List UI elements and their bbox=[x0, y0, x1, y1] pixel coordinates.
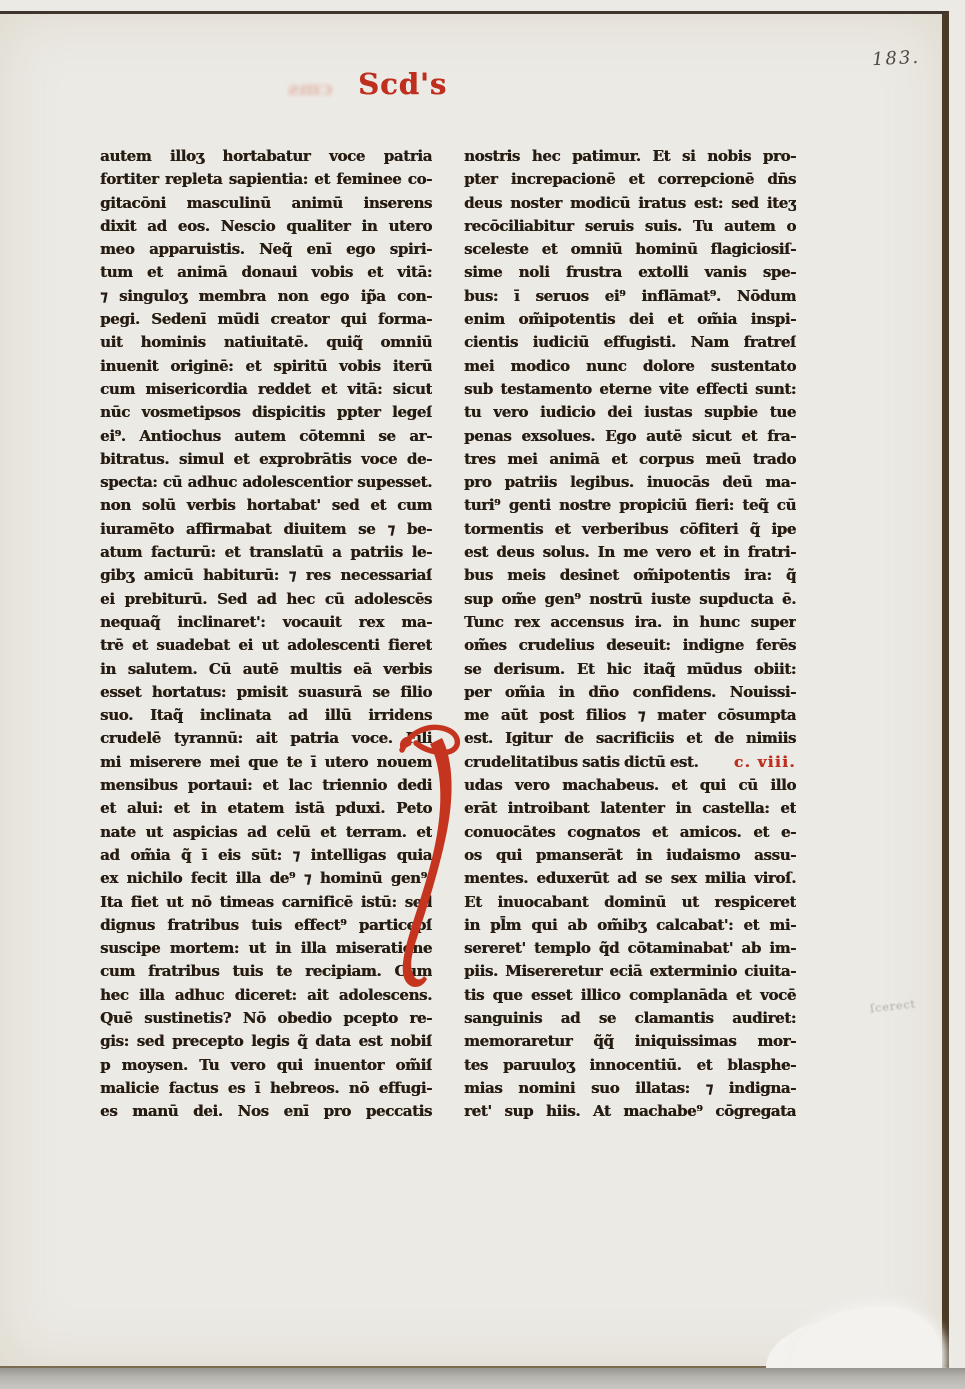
text-line: tormentis et verberibus cōfiteri q̃ ipe bbox=[464, 518, 796, 541]
text-line: gis: sed precepto legis q̃ data est nobi… bbox=[100, 1030, 432, 1053]
text-line: om̃es crudelius deseuit: indigne ferēs bbox=[464, 634, 796, 657]
text-line: cum misericordia reddet et vitā: sicut bbox=[100, 378, 432, 401]
text-line: est. Igitur de sacrificiis et de nimiis bbox=[464, 727, 796, 750]
text-line: memoraretur q̃q̃ iniquissimas mor- bbox=[464, 1030, 796, 1053]
text-line: autem illoʒ hortabatur voce patria bbox=[100, 145, 432, 168]
chapter-end-line: crudelitatibus satis dictū est. c. viii. bbox=[464, 751, 796, 774]
text-line: tes paruuloʒ innocentiū. et blasphe- bbox=[464, 1054, 796, 1077]
text-line: pegi. Sedenī mūdi creator qui forma- bbox=[100, 308, 432, 331]
text-line: hec illa adhuc diceret: ait adolescens. bbox=[100, 984, 432, 1007]
text-line: malicie factus es ī hebreos. nō effugi- bbox=[100, 1077, 432, 1100]
text-line: ei⁹. Antiochus autem cōtemni se ar- bbox=[100, 425, 432, 448]
text-line: gitacōni masculinū animū inserens bbox=[100, 192, 432, 215]
text-line: Et inuocabant dominū ut respiceret bbox=[464, 891, 796, 914]
text-line: sereret' templo q̃d cōtaminabat' ab im- bbox=[464, 937, 796, 960]
text-line: se derisum. Et hic itaq̃ mūdus obiit: bbox=[464, 658, 796, 681]
text-column-right: nostris hec patimur. Et si nobis pro-pte… bbox=[464, 145, 796, 1123]
chapter-marker: c. viii. bbox=[734, 751, 796, 774]
text-line: piis. Misereretur eciā exterminio ciuita… bbox=[464, 960, 796, 983]
text-line: p moysen. Tu vero qui inuentor om̃iſ bbox=[100, 1054, 432, 1077]
text-line: sime noli frustra extolli vanis spe- bbox=[464, 261, 796, 284]
scanner-bottom-strip bbox=[0, 1368, 965, 1389]
text-line: mias nomini suo illatas: ⁊ indigna- bbox=[464, 1077, 796, 1100]
text-line: fortiter repleta sapientia: et feminee c… bbox=[100, 168, 432, 191]
text-line: deus noster modicū iratus est: sed iteʒ bbox=[464, 192, 796, 215]
text-line: sceleste et omniū hominū flagiciosiſ- bbox=[464, 238, 796, 261]
text-line: pter increpacionē et correpcionē dn̄s bbox=[464, 168, 796, 191]
text-line: tu vero iudicio dei iustas supbie tue bbox=[464, 401, 796, 424]
text-line: udas vero machabeus. et qui cū illo bbox=[464, 774, 796, 797]
text-line: crudelē tyrannū: ait patria voce. Fili bbox=[100, 727, 432, 750]
column-part-lower: udas vero machabeus. et qui cū illoerāt … bbox=[464, 774, 796, 1123]
text-line: ad om̃ia q̃ ī eis sūt: ⁊ intelligas quia bbox=[100, 844, 432, 867]
text-line: inuenit originē: et spiritū vobis iterū bbox=[100, 355, 432, 378]
text-line: me aūt post filios ⁊ mater cōsumpta bbox=[464, 704, 796, 727]
show-through-ghost: cms bbox=[288, 76, 333, 100]
chapter-end-text: crudelitatibus satis dictū est. bbox=[464, 751, 698, 774]
text-line: nūc vosmetipsos dispicitis ppter legeſ bbox=[100, 401, 432, 424]
text-column-left: autem illoʒ hortabatur voce patriafortit… bbox=[100, 145, 432, 1123]
text-line: atum facturū: et translatū a patriis le- bbox=[100, 541, 432, 564]
text-line: meo apparuistis. Neq̃ enī ego spiri- bbox=[100, 238, 432, 261]
text-line: pro patriis legibus. inuocās deū ma- bbox=[464, 471, 796, 494]
text-line: mei modico nunc dolore sustentato bbox=[464, 355, 796, 378]
text-line: nostris hec patimur. Et si nobis pro- bbox=[464, 145, 796, 168]
text-line: tum et animā donaui vobis et vitā: bbox=[100, 261, 432, 284]
text-line: bus: ī seruos ei⁹ inflāmat⁹. Nōdum bbox=[464, 285, 796, 308]
text-line: in pl̄m qui ab om̃ibʒ calcabat': et mi- bbox=[464, 914, 796, 937]
text-line: tres mei animā et corpus meū trado bbox=[464, 448, 796, 471]
text-line: nequaq̃ inclinaret': vocauit rex ma- bbox=[100, 611, 432, 634]
text-line: mentes. eduxerūt ad se sex milia viroſ. bbox=[464, 867, 796, 890]
text-line: gibʒ amicū habiturū: ⁊ res necessariaſ bbox=[100, 564, 432, 587]
marginal-annotation: ſcerect bbox=[869, 998, 916, 1016]
text-line: suscipe mortem: ut in illa miseratione bbox=[100, 937, 432, 960]
text-line: penas exsolues. Ego autē sicut et fra- bbox=[464, 425, 796, 448]
text-line: sub testamento eterne vite effecti sunt: bbox=[464, 378, 796, 401]
text-line: sanguinis ad se clamantis audiret: bbox=[464, 1007, 796, 1030]
text-line: tis que esset illico complanāda et vocē bbox=[464, 984, 796, 1007]
text-line: bitratus. simul et exprobrātis voce de- bbox=[100, 448, 432, 471]
text-line: Tunc rex accensus ira. in hunc super bbox=[464, 611, 796, 634]
text-line: ret' sup hiis. At machabe⁹ cōgregata bbox=[464, 1100, 796, 1123]
text-line: cientis iudiciū effugisti. Nam fratreſ bbox=[464, 331, 796, 354]
text-line: iuramēto affirmabat diuitem se ⁊ be- bbox=[100, 518, 432, 541]
scanned-page-background: cms Scd's 183. autem illoʒ hortabatur vo… bbox=[0, 0, 965, 1389]
text-line: dixit ad eos. Nescio qualiter in utero bbox=[100, 215, 432, 238]
page-corner-damage bbox=[792, 1306, 942, 1368]
text-line: conuocātes cognatos et amicos. et e- bbox=[464, 821, 796, 844]
text-line: dignus fratribus tuis effect⁹ particepſ bbox=[100, 914, 432, 937]
text-line: est deus solus. In me vero et in fratri- bbox=[464, 541, 796, 564]
drop-cap-initial-I bbox=[396, 722, 470, 1014]
text-line: mi miserere mei que te ī utero nouem bbox=[100, 751, 432, 774]
text-line: et alui: et in etatem istā pduxi. Peto bbox=[100, 797, 432, 820]
text-line: turi⁹ genti nostre propiciū fieri: teq̃ … bbox=[464, 494, 796, 517]
text-line: in salutem. Cū autē multis eā verbis bbox=[100, 658, 432, 681]
text-line: bus meis desinet om̃ipotentis ira: q̃ bbox=[464, 564, 796, 587]
text-line: per om̃ia in dn̄o confidens. Nouissi- bbox=[464, 681, 796, 704]
text-line: cum fratribus tuis te recipiam. Cum bbox=[100, 960, 432, 983]
text-line: non solū verbis hortabat' sed et cum bbox=[100, 494, 432, 517]
column-part-upper: nostris hec patimur. Et si nobis pro-pte… bbox=[464, 145, 796, 751]
text-line: es manū dei. Nos enī pro peccatis bbox=[100, 1100, 432, 1123]
text-line: trē et suadebat ei ut adolescenti fieret bbox=[100, 634, 432, 657]
text-line: esset hortatus: pmisit suasurā se filio bbox=[100, 681, 432, 704]
text-line: ex nichilo fecit illa de⁹ ⁊ hominū gen⁹: bbox=[100, 867, 432, 890]
text-line: Quē sustinetis? Nō obedio pcepto re- bbox=[100, 1007, 432, 1030]
text-line: nate ut aspicias ad celū et terram. et bbox=[100, 821, 432, 844]
text-line: ei prebiturū. Sed ad hec cū adolescēs bbox=[100, 588, 432, 611]
running-header: Scd's bbox=[358, 67, 447, 101]
page-number: 183. bbox=[871, 47, 920, 70]
text-line: sup om̃e gen⁹ nostrū iuste supducta ē. bbox=[464, 588, 796, 611]
manuscript-page: cms Scd's 183. autem illoʒ hortabatur vo… bbox=[0, 11, 949, 1368]
text-line: uit hominis natiuitatē. quiq̃ omniū bbox=[100, 331, 432, 354]
text-line: suo. Itaq̃ inclinata ad illū irridens bbox=[100, 704, 432, 727]
text-line: enim om̃ipotentis dei et om̃ia inspi- bbox=[464, 308, 796, 331]
text-line: Ita fiet ut nō timeas carnificē istū: se… bbox=[100, 891, 432, 914]
text-line: os qui pmanserāt in iudaismo assu- bbox=[464, 844, 796, 867]
text-line: specta: cū adhuc adolescentior supesset. bbox=[100, 471, 432, 494]
text-line: recōciliabitur seruis suis. Tu autem o bbox=[464, 215, 796, 238]
text-line: mensibus portaui: et lac triennio dedi bbox=[100, 774, 432, 797]
text-line: ⁊ singuloʒ membra non ego ip̃a con- bbox=[100, 285, 432, 308]
text-line: erāt introibant latenter in castella: et bbox=[464, 797, 796, 820]
